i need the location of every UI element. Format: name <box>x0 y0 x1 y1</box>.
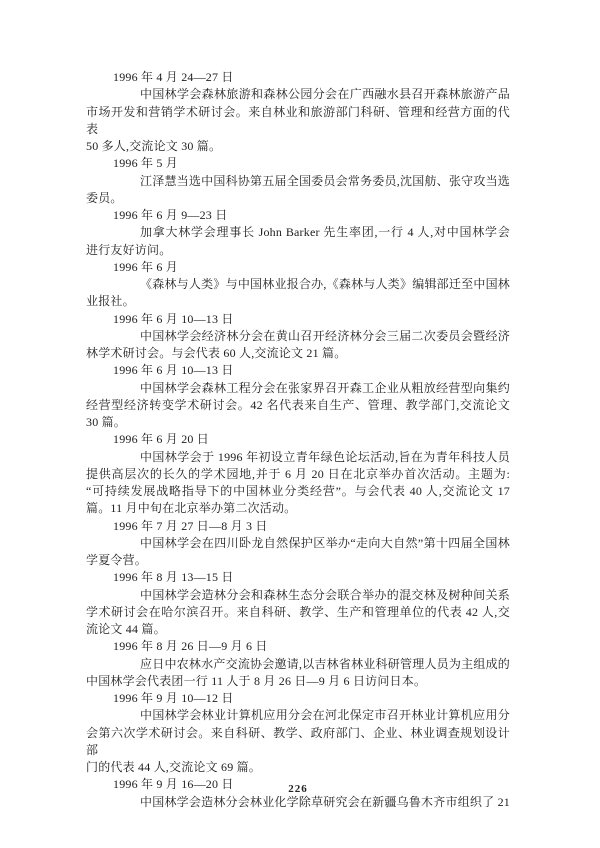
entry-body-line: 进行友好访问。 <box>86 242 510 259</box>
entry-date: 1996 年 4 月 24—27 日 <box>86 69 510 86</box>
entry-body-line: 中国林学会代表团一行 11 人于 8 月 26 日—9 月 6 日访问日本。 <box>86 673 510 690</box>
entry-body-line: 学夏令营。 <box>86 552 510 569</box>
chronicle-entry: 1996 年 9 月 10—12 日中国林学会林业计算机应用分会在河北保定市召开… <box>86 690 510 776</box>
entry-body-line: 提供高层次的长久的学术园地,并于 6 月 20 日在北京举办首次活动。主题为: <box>86 466 510 483</box>
entry-body-line: 中国林学会森林工程分会在张家界召开森工企业从粗放经营型向集约 <box>86 380 510 397</box>
entry-date: 1996 年 6 月 10—13 日 <box>86 311 510 328</box>
entry-body-line: 50 多人,交流论文 30 篇。 <box>86 138 510 155</box>
entry-date: 1996 年 6 月 <box>86 259 510 276</box>
entry-body-line: 应日中农林水产交流协会邀请,以吉林省林业科研管理人员为主组成的 <box>86 656 510 673</box>
entry-body-line: 经营型经济转变学术研讨会。42 名代表来自生产、管理、教学部门,交流论文 <box>86 397 510 414</box>
entry-body-line: 篇。11 月中旬在北京举办第二次活动。 <box>86 500 510 517</box>
entry-body-line: 中国林学会经济林分会在黄山召开经济林分会三届二次委员会暨经济 <box>86 328 510 345</box>
entry-body-line: 会第六次学术研讨会。来自科研、教学、政府部门、企业、林业调查规划设计部 <box>86 725 510 760</box>
chronicle-entry: 1996 年 4 月 24—27 日中国林学会森林旅游和森林公园分会在广西融水县… <box>86 69 510 155</box>
entry-body-line: 《森林与人类》与中国林业报合办,《森林与人类》编辑部迁至中国林 <box>86 276 510 293</box>
entry-date: 1996 年 6 月 9—23 日 <box>86 207 510 224</box>
entry-date: 1996 年 6 月 10—13 日 <box>86 362 510 379</box>
page-number: 226 <box>86 783 510 795</box>
entry-body-line: 加拿大林学会理事长 John Barker 先生率团,一行 4 人,对中国林学会 <box>86 224 510 241</box>
chronicle-entry: 1996 年 6 月 10—13 日中国林学会经济林分会在黄山召开经济林分会三届… <box>86 311 510 363</box>
entry-body-line: 门的代表 44 人,交流论文 69 篇。 <box>86 759 510 776</box>
entry-body-line: 中国林学会于 1996 年初设立青年绿色论坛活动,旨在为青年科技人员 <box>86 449 510 466</box>
entry-body-line: 中国林学会造林分会林业化学除草研究会在新疆乌鲁木齐市组织了 21 <box>86 794 510 811</box>
chronicle-entry: 1996 年 8 月 13—15 日中国林学会造林分会和森林生态分会联合举办的混… <box>86 569 510 638</box>
entry-body-line: 江泽慧当选中国科协第五届全国委员会常务委员,沈国舫、张守攻当选 <box>86 173 510 190</box>
entry-body-line: 中国林学会在四川卧龙自然保护区举办“走向大自然”第十四届全国林 <box>86 535 510 552</box>
entry-body-line: 业报社。 <box>86 293 510 310</box>
chronicle-entry: 1996 年 6 月 20 日中国林学会于 1996 年初设立青年绿色论坛活动,… <box>86 431 510 517</box>
entry-body-line: 30 篇。 <box>86 414 510 431</box>
entry-body-line: 中国林学会森林旅游和森林公园分会在广西融水县召开森林旅游产品 <box>86 86 510 103</box>
entry-date: 1996 年 9 月 10—12 日 <box>86 690 510 707</box>
entry-body-line: 林学术研讨会。与会代表 60 人,交流论文 21 篇。 <box>86 345 510 362</box>
entry-date: 1996 年 7 月 27 日—8 月 3 日 <box>86 518 510 535</box>
entry-date: 1996 年 5 月 <box>86 155 510 172</box>
entry-body-line: 委员。 <box>86 190 510 207</box>
chronicle-entry: 1996 年 8 月 26 日—9 月 6 日应日中农林水产交流协会邀请,以吉林… <box>86 638 510 690</box>
chronicle-entry: 1996 年 7 月 27 日—8 月 3 日中国林学会在四川卧龙自然保护区举办… <box>86 518 510 570</box>
entry-body-line: 中国林学会林业计算机应用分会在河北保定市召开林业计算机应用分 <box>86 707 510 724</box>
chronicle-entry: 1996 年 6 月《森林与人类》与中国林业报合办,《森林与人类》编辑部迁至中国… <box>86 259 510 311</box>
entry-body-line: 学术研讨会在哈尔滨召开。来自科研、教学、生产和管理单位的代表 42 人,交 <box>86 604 510 621</box>
chronicle-entry: 1996 年 6 月 10—13 日中国林学会森林工程分会在张家界召开森工企业从… <box>86 362 510 431</box>
entry-date: 1996 年 6 月 20 日 <box>86 431 510 448</box>
entry-date: 1996 年 8 月 26 日—9 月 6 日 <box>86 638 510 655</box>
entry-body-line: 流论文 44 篇。 <box>86 621 510 638</box>
entry-body-line: “可持续发展战略指导下的中国林业分类经营”。与会代表 40 人,交流论文 17 <box>86 483 510 500</box>
entry-body-line: 中国林学会造林分会和森林生态分会联合举办的混交林及树种间关系 <box>86 587 510 604</box>
chronicle-entry: 1996 年 6 月 9—23 日加拿大林学会理事长 John Barker 先… <box>86 207 510 259</box>
entry-body-line: 市场开发和营销学术研讨会。来自林业和旅游部门科研、管理和经营方面的代表 <box>86 104 510 139</box>
text-block: 1996 年 4 月 24—27 日中国林学会森林旅游和森林公园分会在广西融水县… <box>86 69 510 811</box>
chronicle-entry: 1996 年 5 月江泽慧当选中国科协第五届全国委员会常务委员,沈国舫、张守攻当… <box>86 155 510 207</box>
scanned-book-page: 1996 年 4 月 24—27 日中国林学会森林旅游和森林公园分会在广西融水县… <box>0 0 600 848</box>
entry-date: 1996 年 8 月 13—15 日 <box>86 569 510 586</box>
